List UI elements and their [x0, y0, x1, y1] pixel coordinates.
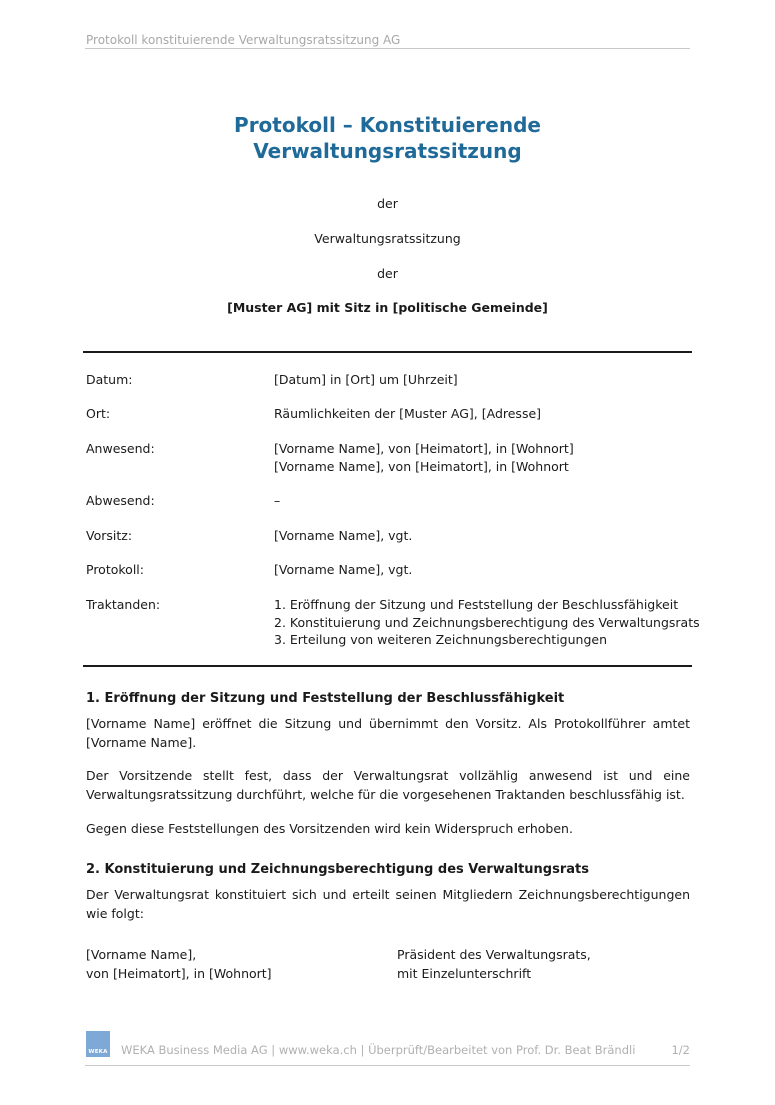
detail-label-anwesend: Anwesend:	[86, 440, 155, 458]
detail-label-datum: Datum:	[86, 371, 133, 389]
intro-meeting: Verwaltungsratssitzung	[0, 231, 775, 246]
attendee-1: [Vorname Name], von [Heimatort], in [Woh…	[274, 440, 574, 458]
company-line: [Muster AG] mit Sitz in [politische Geme…	[0, 300, 775, 315]
logo-text: WEKA	[86, 1049, 110, 1055]
page-number: 1/2	[660, 1043, 690, 1057]
footer-divider	[85, 1065, 690, 1066]
intro-der-2: der	[0, 266, 775, 281]
signatory-name-line-1: [Vorname Name],	[86, 946, 272, 965]
section-1-paragraph-1: [Vorname Name] eröffnet die Sitzung und …	[86, 715, 690, 752]
section-1-paragraph-2: Der Vorsitzende stellt fest, dass der Ve…	[86, 767, 690, 804]
running-header: Protokoll konstituierende Verwaltungsrat…	[86, 33, 400, 47]
detail-value-protokoll: [Vorname Name], vgt.	[274, 561, 412, 579]
agenda-item-1: 1. Eröffnung der Sitzung und Feststellun…	[274, 596, 700, 614]
signatory-role: Präsident des Verwaltungsrats, mit Einze…	[397, 946, 591, 983]
detail-label-ort: Ort:	[86, 405, 110, 423]
section-2-heading: 2. Konstituierung und Zeichnungsberechti…	[86, 862, 589, 877]
details-bottom-rule	[83, 665, 692, 667]
detail-label-abwesend: Abwesend:	[86, 492, 155, 510]
document-title: Protokoll – Konstituierende Verwaltungsr…	[0, 112, 775, 164]
signatory-role-line-2: mit Einzelunterschrift	[397, 965, 591, 984]
agenda-item-3: 3. Erteilung von weiteren Zeichnungsbere…	[274, 631, 700, 649]
detail-value-ort: Räumlichkeiten der [Muster AG], [Adresse…	[274, 405, 541, 423]
detail-label-vorsitz: Vorsitz:	[86, 527, 132, 545]
signatory-name-line-2: von [Heimatort], in [Wohnort]	[86, 965, 272, 984]
section-1-heading: 1. Eröffnung der Sitzung und Feststellun…	[86, 691, 564, 706]
footer-text: WEKA Business Media AG | www.weka.ch | Ü…	[121, 1043, 635, 1057]
detail-value-abwesend: –	[274, 492, 280, 510]
weka-logo-icon: WEKA	[86, 1031, 110, 1057]
details-top-rule	[83, 351, 692, 353]
title-line-1: Protokoll – Konstituierende	[0, 112, 775, 138]
attendee-2: [Vorname Name], von [Heimatort], in [Woh…	[274, 458, 574, 476]
section-1-paragraph-3: Gegen diese Feststellungen des Vorsitzen…	[86, 820, 690, 839]
detail-label-protokoll: Protokoll:	[86, 561, 144, 579]
signatory-name: [Vorname Name], von [Heimatort], in [Woh…	[86, 946, 272, 983]
detail-label-traktanden: Traktanden:	[86, 596, 160, 614]
agenda-item-2: 2. Konstituierung und Zeichnungsberechti…	[274, 614, 700, 632]
header-divider	[85, 48, 690, 49]
intro-der-1: der	[0, 196, 775, 211]
detail-value-traktanden: 1. Eröffnung der Sitzung und Feststellun…	[274, 596, 700, 649]
detail-value-datum: [Datum] in [Ort] um [Uhrzeit]	[274, 371, 458, 389]
title-line-2: Verwaltungsratssitzung	[0, 138, 775, 164]
detail-value-anwesend: [Vorname Name], von [Heimatort], in [Woh…	[274, 440, 574, 475]
section-2-paragraph: Der Verwaltungsrat konstituiert sich und…	[86, 886, 690, 923]
signatory-role-line-1: Präsident des Verwaltungsrats,	[397, 946, 591, 965]
detail-value-vorsitz: [Vorname Name], vgt.	[274, 527, 412, 545]
